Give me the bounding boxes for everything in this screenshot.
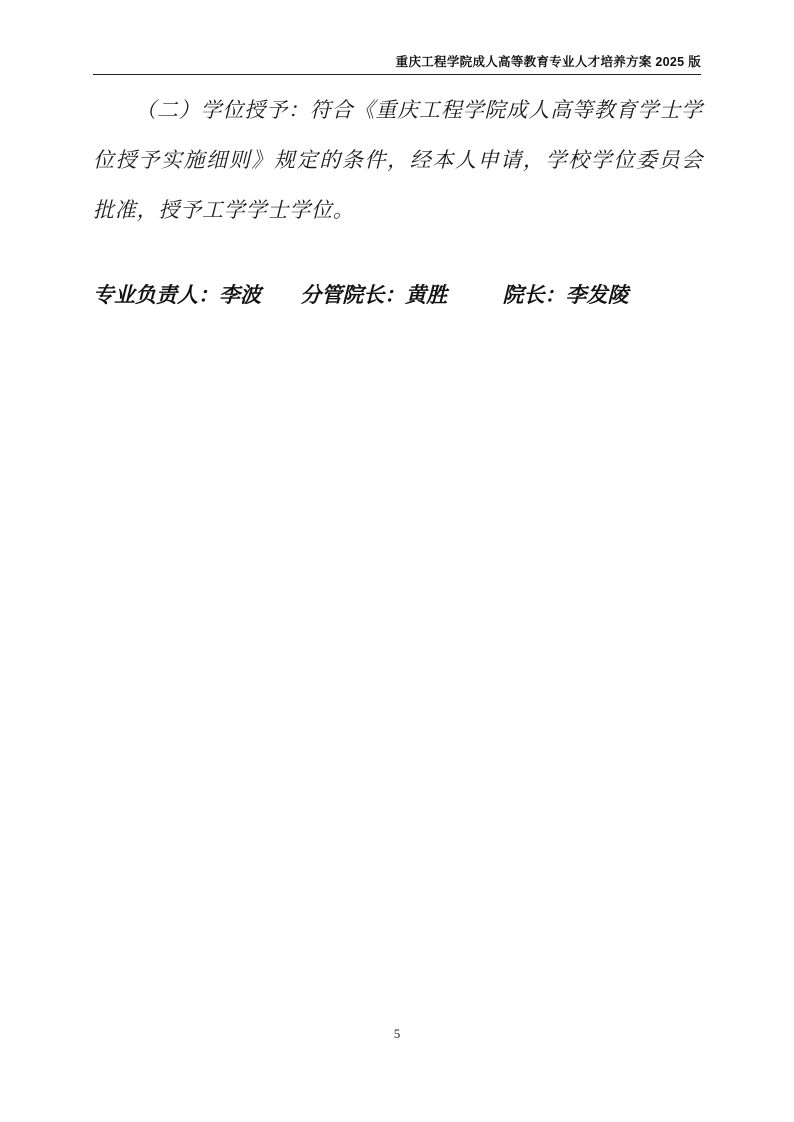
document-page: 重庆工程学院成人高等教育专业人才培养方案 2025 版 （二）学位授予：符合《重… [0, 0, 794, 1122]
page-header: 重庆工程学院成人高等教育专业人才培养方案 2025 版 [93, 54, 701, 75]
signature-dean: 院长：李发陵 [503, 280, 629, 310]
signature-line: 专业负责人：李波 分管院长：黄胜 院长：李发陵 [93, 280, 703, 310]
page-number: 5 [394, 1026, 401, 1041]
degree-award-paragraph: （二）学位授予：符合《重庆工程学院成人高等教育学士学位授予实施细则》规定的条件，… [93, 85, 703, 235]
page-footer: 5 [0, 1026, 794, 1042]
document-body: （二）学位授予：符合《重庆工程学院成人高等教育学士学位授予实施细则》规定的条件，… [93, 85, 703, 235]
signature-deputy-dean: 分管院长：黄胜 [300, 280, 447, 310]
header-title: 重庆工程学院成人高等教育专业人才培养方案 2025 版 [396, 55, 701, 69]
signature-program-lead: 专业负责人：李波 [93, 280, 261, 310]
